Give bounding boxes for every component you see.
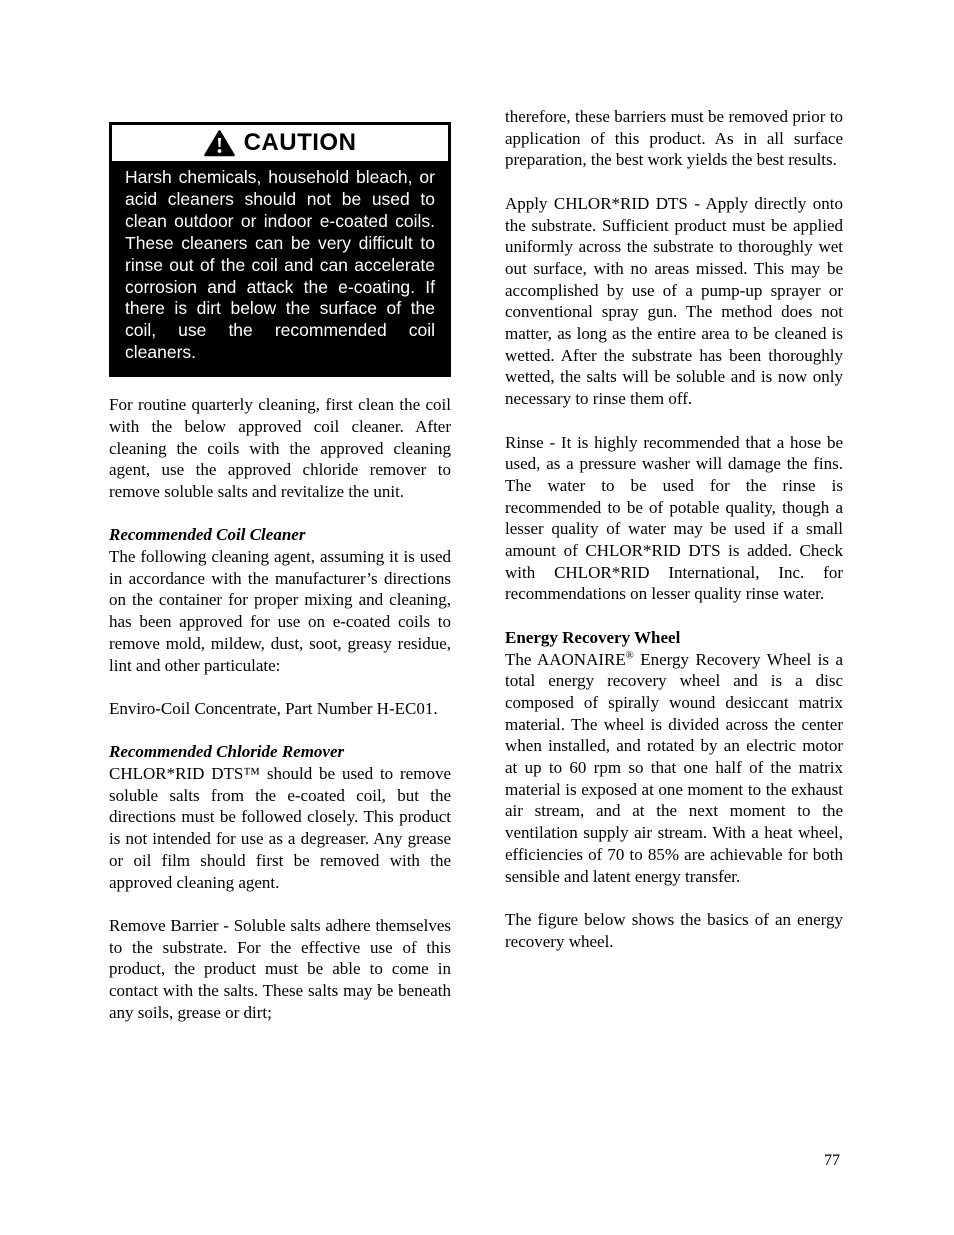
paragraph-remove-barrier: Remove Barrier - Soluble salts adhere th… xyxy=(109,915,451,1024)
caution-header: CAUTION xyxy=(112,125,448,161)
heading-energy-recovery-wheel: Energy Recovery Wheel xyxy=(505,627,843,649)
paragraph-coil-cleaner: The following cleaning agent, assuming i… xyxy=(109,546,451,676)
paragraph-aaonaire-wheel: The AAONAIRE® Energy Recovery Wheel is a… xyxy=(505,649,843,888)
paragraph-figure-below: The figure below shows the basics of an … xyxy=(505,909,843,952)
aaonaire-text-before-mark: The AAONAIRE xyxy=(505,650,626,669)
paragraph-barriers-removed: therefore, these barriers must be remove… xyxy=(505,106,843,171)
left-column: CAUTION Harsh chemicals, household bleac… xyxy=(109,122,451,1023)
caution-box: CAUTION Harsh chemicals, household bleac… xyxy=(109,122,451,377)
paragraph-routine-cleaning: For routine quarterly cleaning, first cl… xyxy=(109,394,451,503)
paragraph-apply-chlorrid: Apply CHLOR*RID DTS - Apply directly ont… xyxy=(505,193,843,410)
paragraph-chloride-remover: CHLOR*RID DTS™ should be used to remove … xyxy=(109,763,451,893)
aaonaire-text-after-mark: Energy Recovery Wheel is a total energy … xyxy=(505,650,843,886)
caution-body-text: Harsh chemicals, household bleach, or ac… xyxy=(112,161,448,374)
paragraph-enviro-coil: Enviro-Coil Concentrate, Part Number H-E… xyxy=(109,698,451,720)
heading-recommended-chloride-remover: Recommended Chloride Remover xyxy=(109,741,451,763)
caution-title: CAUTION xyxy=(244,132,357,154)
paragraph-rinse: Rinse - It is highly recommended that a … xyxy=(505,432,843,606)
heading-recommended-coil-cleaner: Recommended Coil Cleaner xyxy=(109,524,451,546)
right-column: therefore, these barriers must be remove… xyxy=(505,106,843,952)
registered-trademark-symbol: ® xyxy=(626,650,634,661)
warning-triangle-icon xyxy=(204,130,235,157)
page-number: 77 xyxy=(505,1152,843,1170)
